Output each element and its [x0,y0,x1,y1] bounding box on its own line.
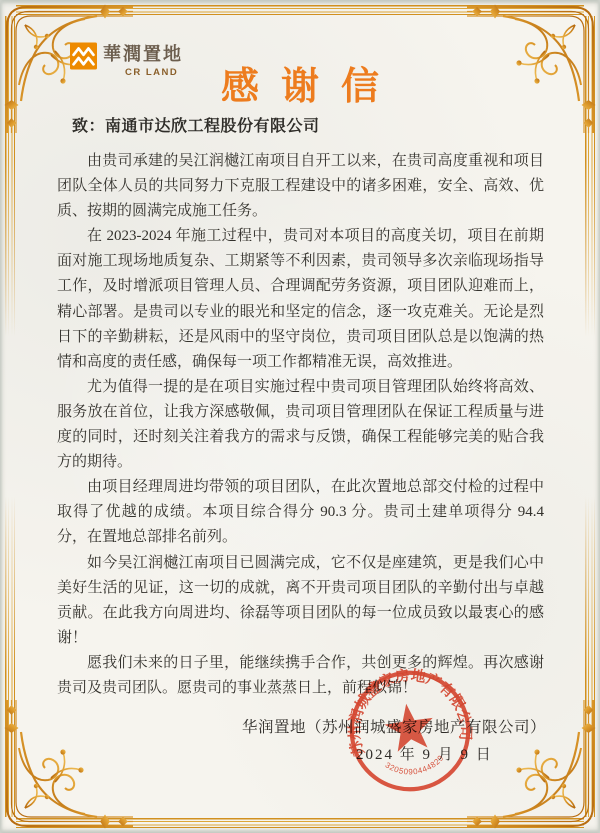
thank-you-letter-page: 華潤置地 CR LAND 感谢信 致：南通市达欣工程股份有限公司 由贵司承建的吴… [0,0,600,833]
paragraph-5: 如今吴江润樾江南项目已圆满完成，它不仅是座建筑，更是我们心中美好生活的见证，这一… [57,551,544,651]
frame-rule-left [5,16,15,817]
paragraph-6: 愿我们未来的日子里，能继续携手合作，共创更多的辉煌。再次感谢贵司及贵司团队。愿贵… [57,651,544,701]
frame-rule-right [585,16,595,817]
paragraph-3: 尤为值得一提的是在项目实施过程中贵司项目管理团队始终将高效、服务放在首位，让我方… [57,375,544,475]
seal-number-arc-text: 3205090444829 [383,753,448,781]
recipient-line: 致：南通市达欣工程股份有限公司 [72,113,320,136]
seal-star-icon [382,700,437,753]
paragraph-2: 在 2023-2024 年施工过程中，贵司对本项目的高度关切，项目在前期面对施工… [57,224,544,375]
company-seal-stamp: 苏州润城盛家房地产有限公司 3205090444829 [338,659,483,804]
paragraph-4: 由项目经理周进均带领的项目团队，在此次置地总部交付检的过程中取得了优越的成绩。本… [57,475,544,550]
corner-ornament-bottom-left-icon [1,700,133,832]
letter-title: 感谢信 [0,55,600,110]
svg-text:3205090444829: 3205090444829 [383,753,448,781]
paragraph-1: 由贵司承建的吴江润樾江南项目自开工以来，在贵司高度重视和项目团队全体人员的共同努… [57,149,544,224]
letter-body: 由贵司承建的吴江润樾江南项目自开工以来，在贵司高度重视和项目团队全体人员的共同努… [57,149,544,701]
